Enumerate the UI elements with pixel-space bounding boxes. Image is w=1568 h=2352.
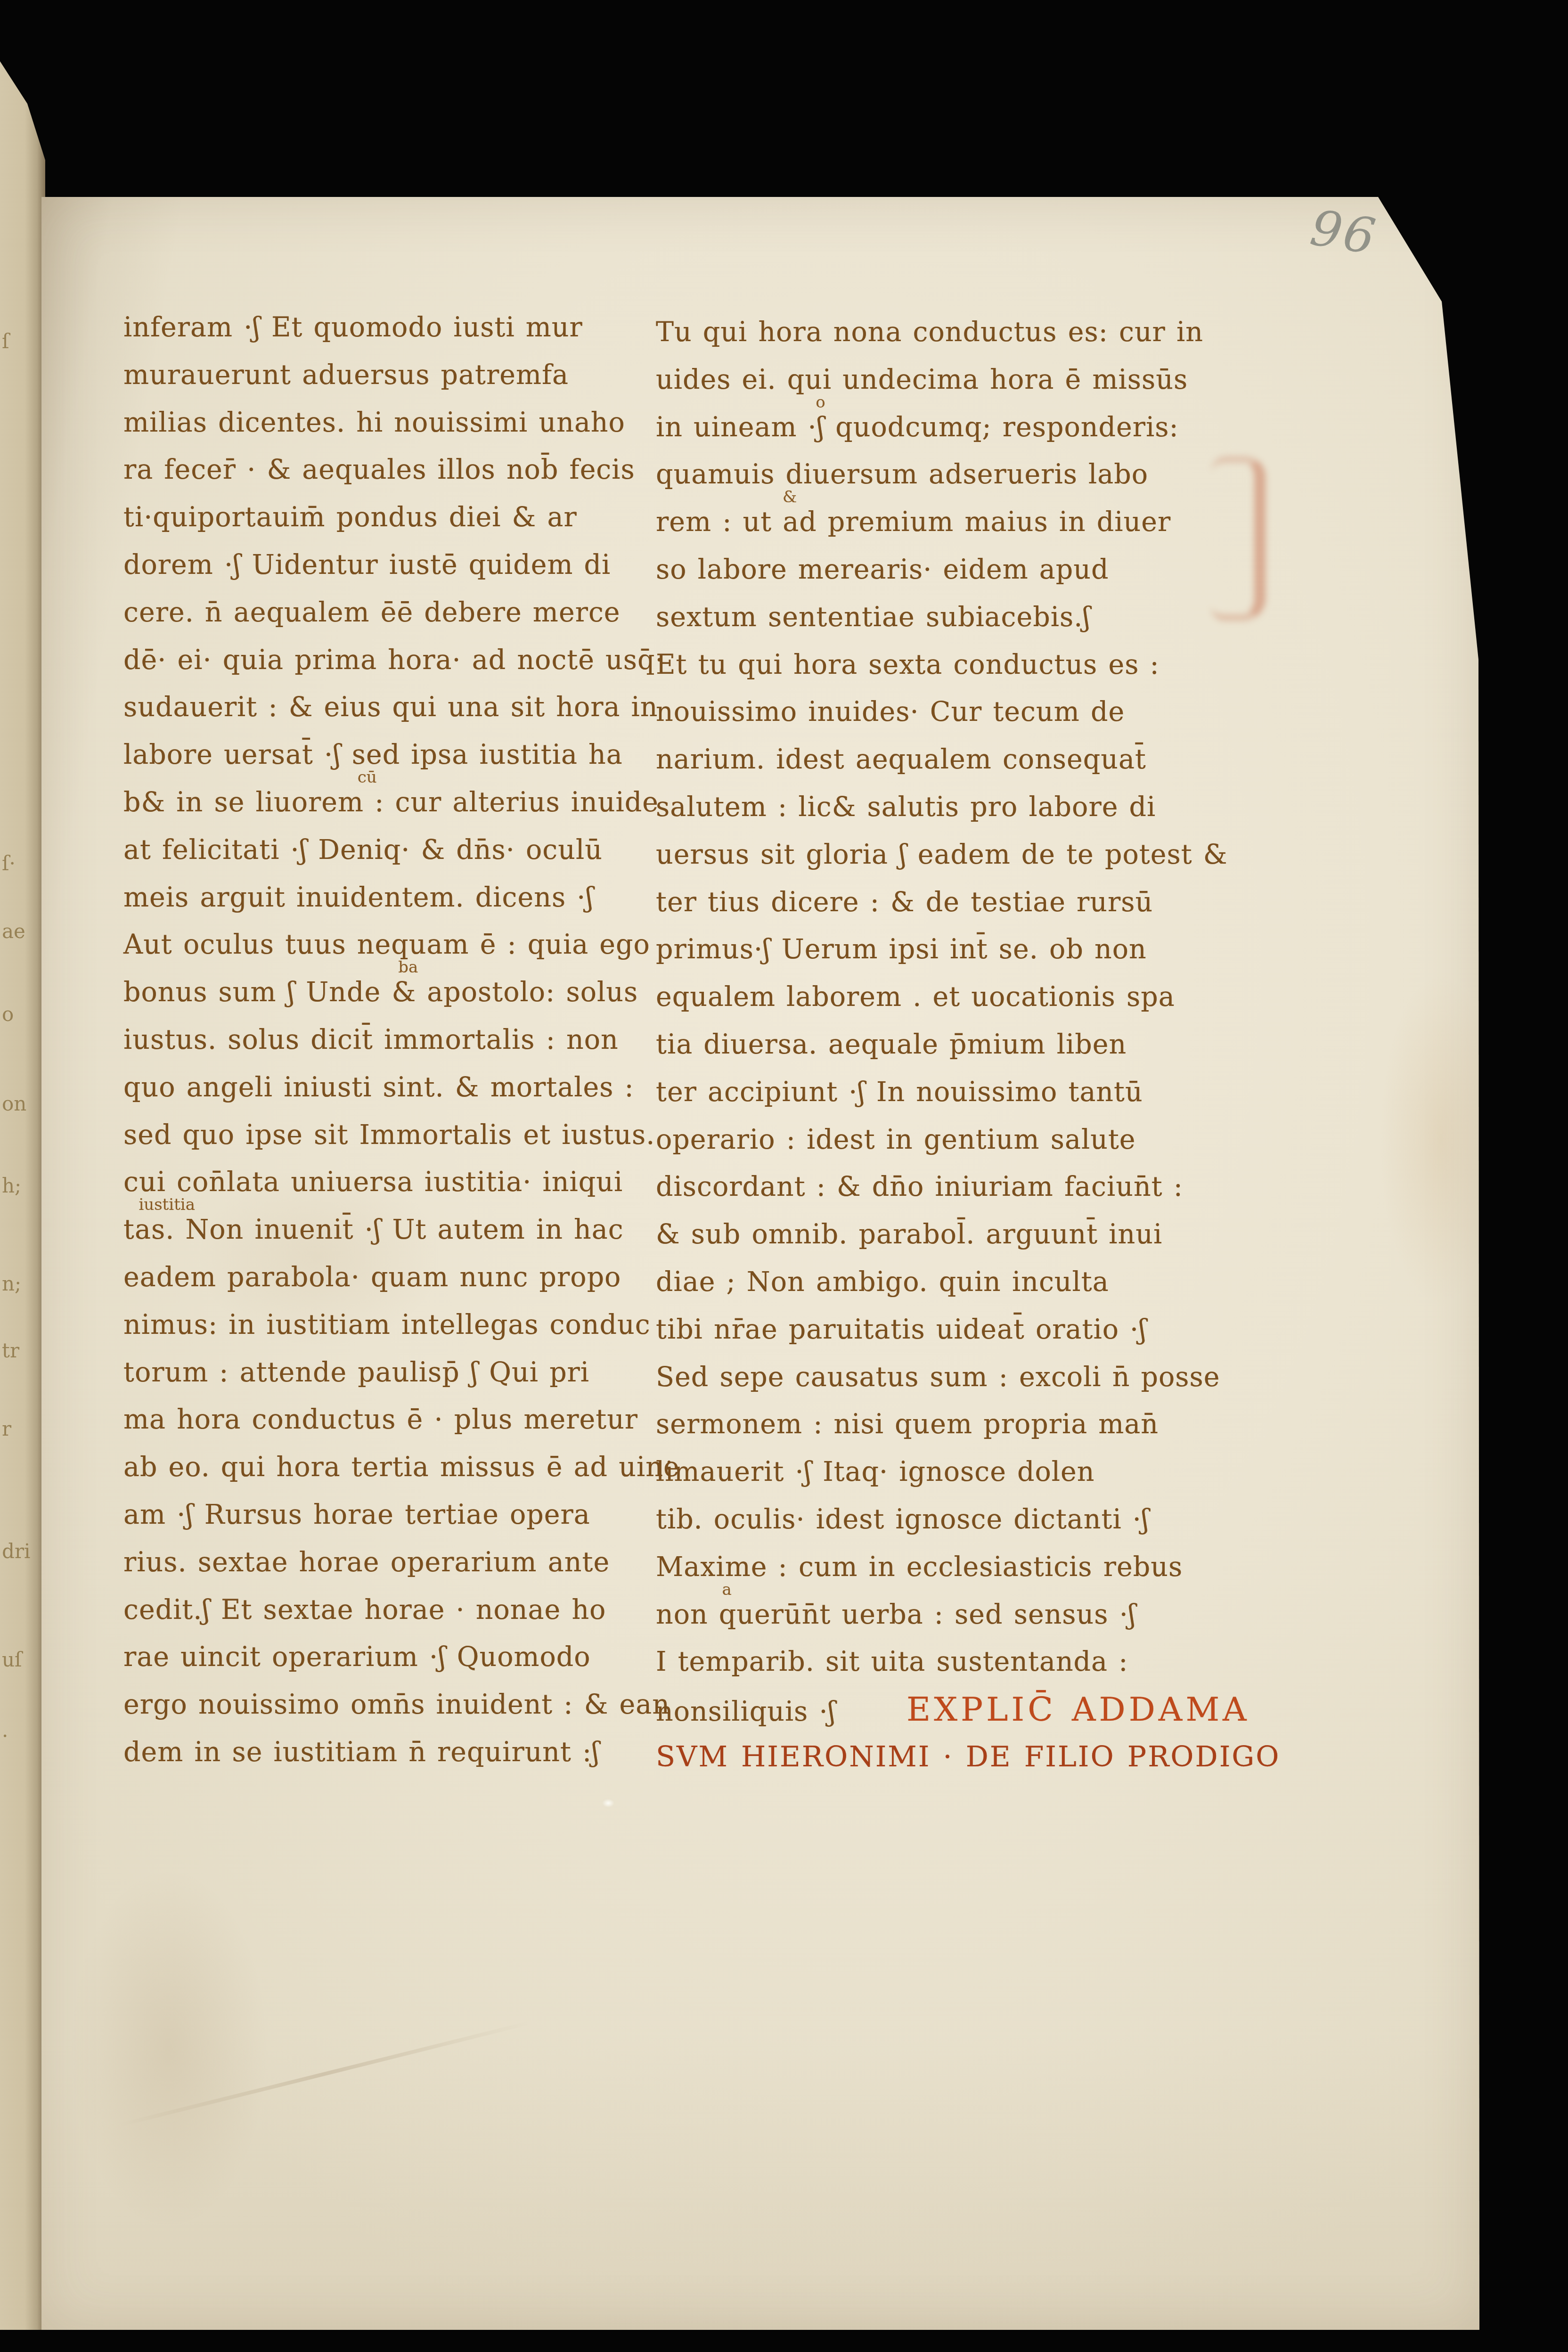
parchment-crease bbox=[118, 2021, 530, 2127]
text-line: Sed sepe causatus sum : excoli n̄ posse bbox=[656, 1354, 1207, 1401]
text-line: cui con̄lata uniuersa iustitia· iniqui bbox=[123, 1159, 632, 1206]
text-line: quamuis diuersum adserueris labo bbox=[656, 451, 1207, 498]
parchment-stain bbox=[1380, 974, 1502, 1304]
line-ink-segment: nonsiliquis ·ʃ bbox=[656, 1696, 836, 1727]
text-line: ab eo. qui hora tertia missus ē ad uine bbox=[123, 1444, 632, 1491]
facing-page-text-fragment: ae bbox=[2, 920, 25, 943]
text-line: & sub omnib. parabol̄. arguunt̄ inui bbox=[656, 1211, 1207, 1258]
text-line: ter accipiunt ·ʃ In nouissimo tantū bbox=[656, 1069, 1207, 1116]
text-line: dorem ·ʃ Uidentur iustē quidem di bbox=[123, 541, 632, 589]
facing-page-text-fragment: n; bbox=[2, 1272, 21, 1295]
text-line: non querūn̄t uerba : sed sensus ·ʃ bbox=[656, 1591, 1207, 1639]
interlinear-gloss: a bbox=[722, 1582, 731, 1598]
text-line: tia diuersa. aequale p̄mium liben bbox=[656, 1021, 1207, 1069]
text-line: labore uersat̄ ·ʃ sed ipsa iustitia ha bbox=[123, 731, 632, 779]
facing-page-edge: ſſ·aeoonh;n;trrdriuſ· bbox=[0, 61, 45, 2330]
text-line: Aut oculus tuus nequam ē : quia ego bbox=[123, 921, 632, 969]
text-line-explicit-start: nonsiliquis ·ʃEXPLIC̄ ADDAMA bbox=[656, 1686, 1207, 1733]
text-line: sudauerit : & eius qui una sit hora in bbox=[123, 684, 632, 731]
interlinear-gloss: cū bbox=[358, 769, 377, 785]
text-line: ma hora conductus ē · plus meretur bbox=[123, 1396, 632, 1444]
text-line: inferam ·ʃ Et quomodo iusti mur bbox=[123, 304, 632, 351]
right-text-column: Tu qui hora nona conductus es: cur inuid… bbox=[656, 309, 1207, 1845]
text-line: milias dicentes. hi nouissimi unaho bbox=[123, 399, 632, 447]
rubric-explicit-line2: SVM HIERONIMI · DE FILIO PRODIGO bbox=[656, 1733, 1207, 1781]
facing-page-text-fragment: dri bbox=[2, 1540, 30, 1563]
text-line: sextum sententiae subiacebis.ʃ bbox=[656, 594, 1207, 641]
text-line: limauerit ·ʃ Itaq· ignosce dolen bbox=[656, 1448, 1207, 1496]
text-line: dē· ei· quia prima hora· ad noctē usq̄… bbox=[123, 637, 632, 684]
right-column-lines: Tu qui hora nona conductus es: cur inuid… bbox=[656, 309, 1207, 1686]
text-line: sed quo ipse sit Immortalis et iustus. bbox=[123, 1111, 632, 1159]
interlinear-gloss: iustitia bbox=[139, 1197, 195, 1213]
facing-page-text-fragment: ſ· bbox=[2, 852, 16, 875]
facing-page-text-fragment: uſ bbox=[2, 1648, 22, 1671]
text-line: ergo nouissimo omn̄s inuident : & ean bbox=[123, 1681, 632, 1729]
text-line: am ·ʃ Rursus horae tertiae opera bbox=[123, 1491, 632, 1539]
text-line: nimus: in iustitiam intellegas conduc bbox=[123, 1301, 632, 1349]
facing-page-text-fragment: ſ bbox=[2, 330, 9, 353]
facing-page-text-fragment: h; bbox=[2, 1174, 21, 1197]
text-line: ter tius dicere : & de testiae rursū bbox=[656, 879, 1207, 926]
text-line: iustus. solus dicit̄ immortalis : non bbox=[123, 1016, 632, 1064]
parchment-stain bbox=[70, 1870, 268, 2228]
text-line: discordant : & dn̄o iniuriam faciun̄t : bbox=[656, 1163, 1207, 1211]
text-line: ra fecer̄ · & aequales illos nob̄ fecis bbox=[123, 446, 632, 494]
interlinear-gloss: ba bbox=[398, 959, 418, 975]
text-line: uides ei. qui undecima hora ē missūs bbox=[656, 356, 1207, 404]
text-line: b& in se liuorem : cur alterius inuide bbox=[123, 779, 632, 826]
text-line: rius. sextae horae operarium ante bbox=[123, 1539, 632, 1586]
text-line: narium. idest aequalem consequat̄ bbox=[656, 736, 1207, 784]
text-line: ti·quiportauim̄ pondus diei & ar bbox=[123, 494, 632, 541]
text-line: at felicitati ·ʃ Deniq· & dn̄s· oculū bbox=[123, 826, 632, 874]
interlinear-gloss: & bbox=[783, 489, 797, 505]
text-line: equalem laborem . et uocationis spa bbox=[656, 973, 1207, 1021]
facing-page-text-fragment: · bbox=[2, 1724, 8, 1748]
text-line: quo angeli iniusti sint. & mortales : bbox=[123, 1064, 632, 1111]
text-line: meis arguit inuidentem. dicens ·ʃ bbox=[123, 874, 632, 922]
text-line: diae ; Non ambigo. quin inculta bbox=[656, 1258, 1207, 1306]
facing-page-text-fragment: on bbox=[2, 1092, 26, 1115]
facing-page-text-fragment: r bbox=[2, 1417, 11, 1440]
text-line: cere. n̄ aequalem ēē debere merce bbox=[123, 589, 632, 637]
text-line: primus·ʃ Uerum ipsi int̄ se. ob non bbox=[656, 926, 1207, 973]
text-line: nouissimo inuides· Cur tecum de bbox=[656, 688, 1207, 736]
photograph-of-manuscript: { "document": { "kind": "parchment manus… bbox=[0, 0, 1568, 2352]
text-line: Tu qui hora nona conductus es: cur in bbox=[656, 309, 1207, 356]
text-line: I temparib. sit uita sustentanda : bbox=[656, 1638, 1207, 1686]
left-text-column: inferam ·ʃ Et quomodo iusti murmurauerun… bbox=[123, 304, 632, 1840]
text-line: eadem parabola· quam nunc propo bbox=[123, 1254, 632, 1301]
text-line: torum : attende paulisp̄ ʃ Qui pri bbox=[123, 1349, 632, 1396]
text-line: operario : idest in gentium salute bbox=[656, 1116, 1207, 1164]
rubric-explicit: EXPLIC̄ ADDAMA bbox=[906, 1690, 1250, 1729]
text-line: so labore merearis· eidem apud bbox=[656, 546, 1207, 594]
red-offset-mark bbox=[1211, 456, 1266, 621]
text-line: salutem : lic& salutis pro labore di bbox=[656, 784, 1207, 831]
text-line: dem in se iustitiam n̄ requirunt :ʃ bbox=[123, 1729, 632, 1776]
folio-number: 96 bbox=[1307, 199, 1381, 266]
facing-page-text-fragment: tr bbox=[2, 1339, 19, 1362]
text-line: rae uincit operarium ·ʃ Quomodo bbox=[123, 1633, 632, 1681]
text-line: tibi nr̄ae paruitatis uideat̄ oratio ·ʃ bbox=[656, 1306, 1207, 1354]
facing-page-text-fragment: o bbox=[2, 1003, 14, 1026]
text-line: cedit.ʃ Et sextae horae · nonae ho bbox=[123, 1586, 632, 1634]
text-line: uersus sit gloria ʃ eadem de te potest & bbox=[656, 831, 1207, 879]
text-line: Et tu qui hora sexta conductus es : bbox=[656, 641, 1207, 689]
text-line: bonus sum ʃ Unde & apostolo: solus bbox=[123, 969, 632, 1016]
text-line: in uineam ·ʃ quodcumq; responderis: bbox=[656, 404, 1207, 451]
interlinear-gloss: o bbox=[816, 394, 825, 410]
text-line: Maxime : cum in ecclesiasticis rebus bbox=[656, 1543, 1207, 1591]
text-line: sermonem : nisi quem propria man̄ bbox=[656, 1401, 1207, 1448]
text-line: murauerunt aduersus patremfa bbox=[123, 351, 632, 399]
text-line: tib. oculis· idest ignosce dictanti ·ʃ bbox=[656, 1496, 1207, 1543]
text-line: rem : ut ad premium maius in diuer bbox=[656, 498, 1207, 546]
text-line: tas. Non inuenit̄ ·ʃ Ut autem in hac bbox=[123, 1206, 632, 1254]
left-column-lines: inferam ·ʃ Et quomodo iusti murmurauerun… bbox=[123, 304, 632, 1776]
